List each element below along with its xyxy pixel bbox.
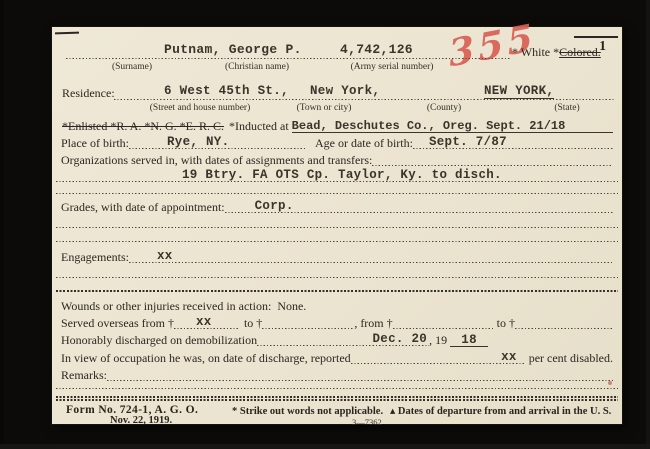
residence-label: Residence: bbox=[62, 87, 115, 100]
place-of-birth-value: Rye, NY. bbox=[167, 136, 229, 149]
blank-line-4 bbox=[56, 277, 618, 278]
engagements-line: xx bbox=[129, 248, 613, 264]
county-caption: (County) bbox=[427, 103, 461, 113]
print-code: 3—7362 bbox=[352, 418, 382, 427]
inducted-at-value: Bead, Deschutes Co., Oreg. Sept. 21/18 bbox=[292, 120, 613, 133]
discharge-date-line: Dec. 20 bbox=[257, 331, 429, 347]
corner-mark bbox=[55, 32, 79, 34]
name-dotted-line bbox=[66, 58, 510, 59]
footnote-dates: ▴ Dates of departure from and arrival in… bbox=[390, 406, 611, 418]
grades-value: Corp. bbox=[255, 200, 294, 213]
blank-line-3 bbox=[56, 241, 618, 242]
wounds-label: Wounds or other injuries received in act… bbox=[61, 300, 271, 313]
christian-name-caption: (Christian name) bbox=[225, 62, 289, 72]
organizations-value: 19 Btry. FA OTS Cp. Taylor, Ky. to disch… bbox=[182, 169, 502, 182]
service-record-card: 1 355 Putnam, George P. 4,742,126 * Whit… bbox=[52, 27, 622, 424]
blank-line-1 bbox=[56, 193, 618, 194]
footnote-strike-out: * Strike out words not applicable. bbox=[232, 406, 383, 418]
serial-number-caption: (Army serial number) bbox=[351, 62, 434, 72]
red-ink-speck bbox=[608, 381, 612, 385]
age-label: Age or date of birth: bbox=[315, 137, 413, 150]
wounds-value: None. bbox=[277, 300, 306, 313]
disability-line: xx bbox=[351, 349, 525, 365]
page-number-rule bbox=[574, 36, 618, 38]
organizations-entry-line: 19 Btry. FA OTS Cp. Taylor, Ky. to disch… bbox=[56, 167, 618, 183]
overseas-from2-label: , from † bbox=[354, 317, 392, 330]
double-rule-top bbox=[56, 396, 618, 398]
residence-state-value: NEW YORK, bbox=[484, 85, 554, 99]
scan-background: 1 355 Putnam, George P. 4,742,126 * Whit… bbox=[0, 0, 650, 449]
organizations-line bbox=[372, 151, 613, 167]
form-date: Nov. 22, 1919. bbox=[110, 415, 172, 427]
remarks-line bbox=[107, 366, 613, 382]
grades-line: Corp. bbox=[225, 198, 613, 214]
engagements-label: Engagements: bbox=[61, 251, 129, 264]
discharge-label: Honorably discharged on demobilization bbox=[61, 334, 257, 347]
disability-label: In view of occupation he was, on date of… bbox=[61, 352, 351, 365]
discharge-year-prefix: , 19 bbox=[429, 334, 447, 347]
place-of-birth-line: Rye, NY. bbox=[129, 134, 307, 150]
race-white-label: * White bbox=[512, 45, 550, 59]
overseas-from-line: xx bbox=[174, 314, 240, 330]
surname-value: Putnam, George P. bbox=[164, 43, 302, 56]
organizations-label: Organizations served in, with dates of a… bbox=[61, 154, 372, 167]
discharge-year-value: 18 bbox=[450, 334, 488, 348]
overseas-to2-line bbox=[515, 314, 613, 330]
state-caption: (State) bbox=[554, 103, 579, 113]
age-line: Sept. 7/87 bbox=[413, 134, 613, 150]
inducted-at-label: *Inducted at bbox=[229, 120, 289, 133]
overseas-from2-line bbox=[393, 314, 493, 330]
disability-value: xx bbox=[501, 351, 517, 364]
age-value: Sept. 7/87 bbox=[429, 136, 507, 149]
residence-street-value: 6 West 45th St., bbox=[164, 85, 289, 98]
town-caption: (Town or city) bbox=[297, 103, 352, 113]
engagements-value: xx bbox=[157, 250, 173, 263]
blank-line-2 bbox=[56, 227, 618, 228]
overseas-to-label: to † bbox=[244, 317, 262, 330]
remarks-label: Remarks: bbox=[61, 369, 107, 382]
residence-dotted-line bbox=[114, 99, 614, 100]
overseas-to2-label: to † bbox=[497, 317, 515, 330]
race-colored-label-struck: Colored. bbox=[559, 45, 601, 59]
place-of-birth-label: Place of birth: bbox=[61, 137, 129, 150]
discharge-date-value: Dec. 20 bbox=[372, 333, 427, 346]
overseas-from-value: xx bbox=[196, 316, 212, 329]
serial-number-value: 4,742,126 bbox=[340, 43, 413, 56]
overseas-to-line bbox=[262, 314, 354, 330]
residence-city-value: New York, bbox=[310, 85, 380, 98]
enlistment-type-struck: *Enlisted *R. A. *N. G. *E. R. C. bbox=[62, 120, 224, 133]
blank-line-6 bbox=[56, 388, 618, 389]
blank-line-5 bbox=[56, 290, 618, 292]
surname-caption: (Surname) bbox=[112, 62, 152, 72]
grades-label: Grades, with date of appointment: bbox=[61, 201, 225, 214]
street-caption: (Street and house number) bbox=[150, 103, 251, 113]
overseas-from-label: Served overseas from † bbox=[61, 317, 174, 330]
double-rule-bottom bbox=[56, 399, 618, 401]
disability-suffix: per cent disabled. bbox=[529, 352, 613, 365]
